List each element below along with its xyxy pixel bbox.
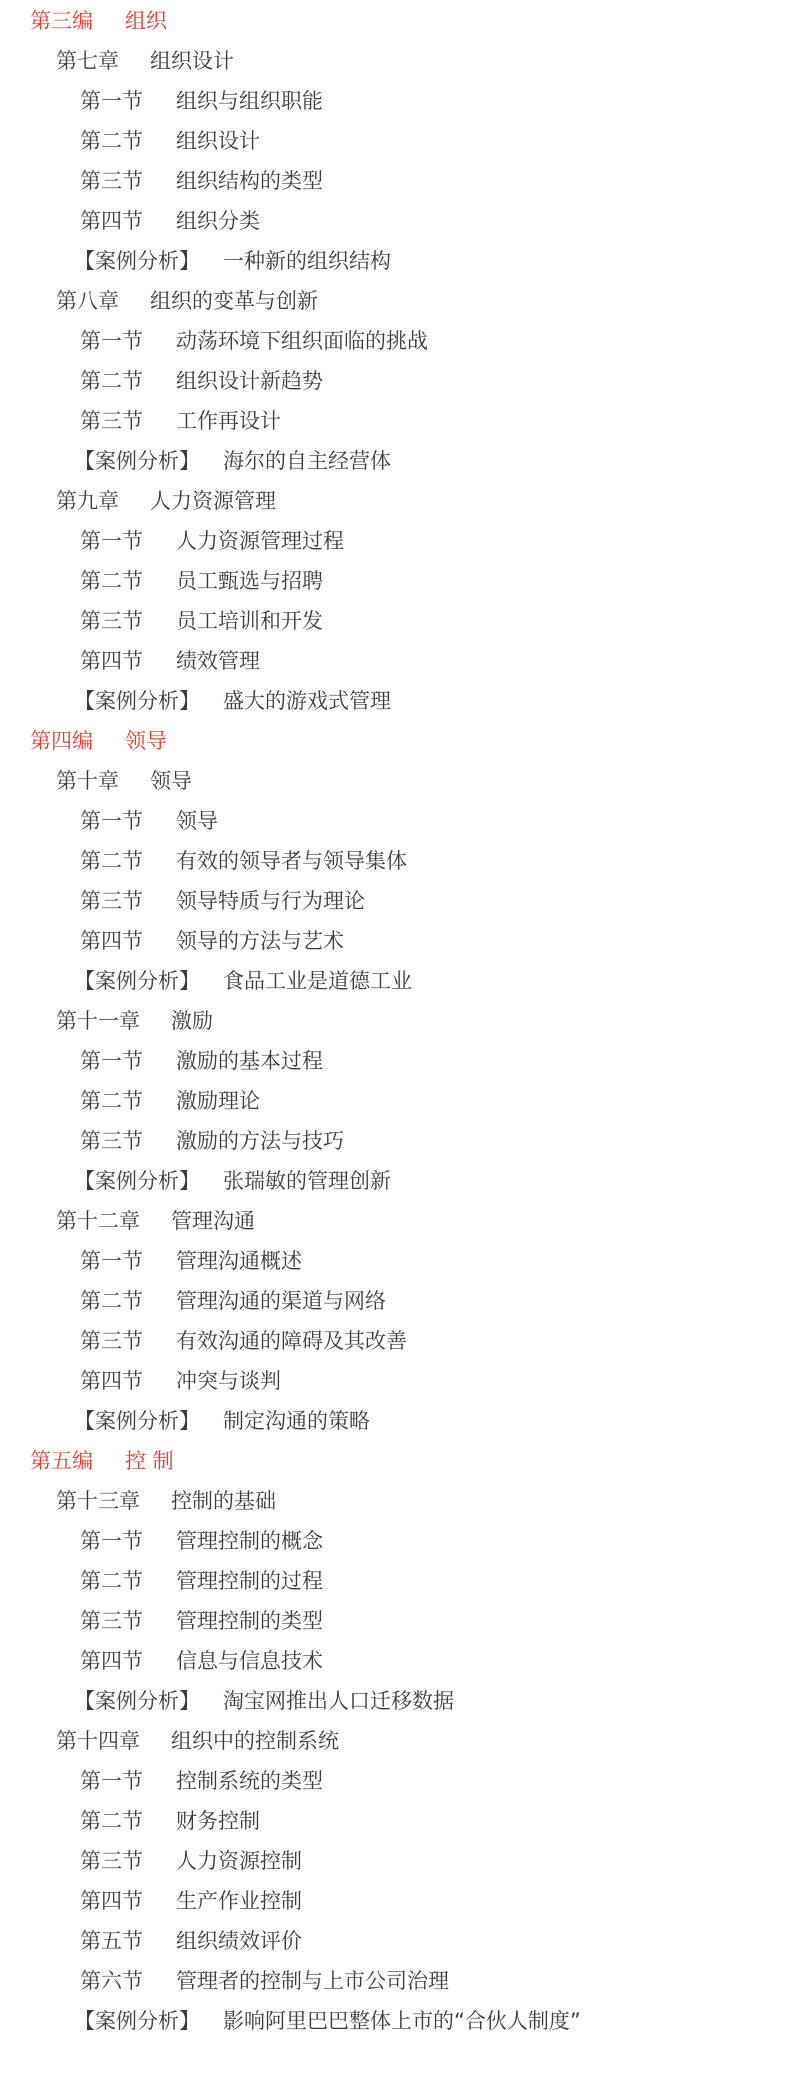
toc-line-title: 领导特质与行为理论 — [176, 885, 365, 915]
toc-line-title: 管理者的控制与上市公司治理 — [176, 1965, 449, 1995]
toc-line-label: 第四编 — [30, 725, 93, 755]
toc-line-title: 淘宝网推出人口迁移数据 — [223, 1685, 454, 1715]
toc-line-label: 【案例分析】 — [74, 1165, 200, 1195]
toc-line-title: 领导 — [176, 805, 218, 835]
toc-line-label: 第三编 — [30, 5, 93, 35]
toc-line-title: 激励理论 — [176, 1085, 260, 1115]
toc-line-label: 第一节 — [80, 1245, 143, 1275]
toc-line-label: 第四节 — [80, 1645, 143, 1675]
toc-line-title: 组织设计 — [150, 45, 234, 75]
toc-line-title: 组织设计 — [176, 125, 260, 155]
toc-line-label: 第一节 — [80, 85, 143, 115]
toc-line-title: 员工培训和开发 — [176, 605, 323, 635]
toc-line-title: 动荡环境下组织面临的挑战 — [176, 325, 428, 355]
toc-section-item: 第二节有效的领导者与领导集体 — [0, 840, 790, 880]
toc-section-item: 第四节冲突与谈判 — [0, 1360, 790, 1400]
toc-section-item: 第二节管理沟通的渠道与网络 — [0, 1280, 790, 1320]
toc-chapter-item: 第十二章管理沟通 — [0, 1200, 790, 1240]
toc-section-item: 第二节管理控制的过程 — [0, 1560, 790, 1600]
toc-chapter-item: 第十一章激励 — [0, 1000, 790, 1040]
toc-line-label: 第十三章 — [56, 1485, 140, 1515]
toc-line-label: 【案例分析】 — [74, 965, 200, 995]
toc-line-title: 一种新的组织结构 — [223, 245, 391, 275]
toc-line-label: 第二节 — [80, 1085, 143, 1115]
toc-line-label: 第四节 — [80, 205, 143, 235]
toc-line-title: 管理控制的类型 — [176, 1605, 323, 1635]
toc-line-title: 组织的变革与创新 — [150, 285, 318, 315]
toc-section-item: 第四节生产作业控制 — [0, 1880, 790, 1920]
toc-line-title: 控 制 — [125, 1445, 174, 1475]
toc-section-item: 第一节领导 — [0, 800, 790, 840]
toc-section-item: 第三节工作再设计 — [0, 400, 790, 440]
toc-line-label: 第二节 — [80, 1805, 143, 1835]
toc-line-label: 【案例分析】 — [74, 685, 200, 715]
toc-section-item: 第二节组织设计 — [0, 120, 790, 160]
toc-section-item: 第六节管理者的控制与上市公司治理 — [0, 1960, 790, 2000]
toc-line-title: 海尔的自主经营体 — [223, 445, 391, 475]
toc-section-item: 第五节组织绩效评价 — [0, 1920, 790, 1960]
toc-line-title: 有效沟通的障碍及其改善 — [176, 1325, 407, 1355]
toc-line-label: 第一节 — [80, 325, 143, 355]
toc-line-label: 第二节 — [80, 1285, 143, 1315]
toc-line-title: 组织分类 — [176, 205, 260, 235]
toc-line-title: 控制系统的类型 — [176, 1765, 323, 1795]
toc-line-label: 第一节 — [80, 1765, 143, 1795]
toc-line-label: 第一节 — [80, 525, 143, 555]
toc-chapter-item: 第八章组织的变革与创新 — [0, 280, 790, 320]
toc-chapter-item: 第十四章组织中的控制系统 — [0, 1720, 790, 1760]
toc-line-label: 第一节 — [80, 805, 143, 835]
toc-line-label: 第九章 — [56, 485, 119, 515]
toc-line-label: 【案例分析】 — [74, 1405, 200, 1435]
toc-section-item: 第四节领导的方法与艺术 — [0, 920, 790, 960]
toc-section-item: 第一节组织与组织职能 — [0, 80, 790, 120]
toc-line-title: 食品工业是道德工业 — [223, 965, 412, 995]
toc-section-item: 第二节财务控制 — [0, 1800, 790, 1840]
toc-section-item: 第一节人力资源管理过程 — [0, 520, 790, 560]
toc-line-title: 管理沟通 — [171, 1205, 255, 1235]
toc-line-label: 第四节 — [80, 1885, 143, 1915]
toc-line-label: 第八章 — [56, 285, 119, 315]
toc-line-label: 第三节 — [80, 1125, 143, 1155]
toc-line-title: 影响阿里巴巴整体上市的“合伙人制度” — [223, 2005, 581, 2035]
toc-line-label: 第二节 — [80, 845, 143, 875]
toc-section-item: 第三节领导特质与行为理论 — [0, 880, 790, 920]
toc-line-label: 【案例分析】 — [74, 2005, 200, 2035]
toc-part-header: 第五编控 制 — [0, 1440, 790, 1480]
toc-section-item: 第三节管理控制的类型 — [0, 1600, 790, 1640]
toc-line-title: 生产作业控制 — [176, 1885, 302, 1915]
toc-line-title: 人力资源控制 — [176, 1845, 302, 1875]
toc-section-item: 第二节组织设计新趋势 — [0, 360, 790, 400]
table-of-contents: 第三编组织第七章组织设计第一节组织与组织职能第二节组织设计第三节组织结构的类型第… — [0, 0, 790, 2040]
toc-line-label: 第一节 — [80, 1045, 143, 1075]
toc-line-label: 【案例分析】 — [74, 445, 200, 475]
toc-line-label: 第七章 — [56, 45, 119, 75]
toc-section-item: 第一节激励的基本过程 — [0, 1040, 790, 1080]
toc-line-label: 第二节 — [80, 125, 143, 155]
toc-line-title: 激励的方法与技巧 — [176, 1125, 344, 1155]
toc-section-item: 第一节控制系统的类型 — [0, 1760, 790, 1800]
toc-line-label: 第三节 — [80, 885, 143, 915]
toc-line-label: 【案例分析】 — [74, 245, 200, 275]
toc-line-label: 第四节 — [80, 645, 143, 675]
toc-line-title: 管理沟通概述 — [176, 1245, 302, 1275]
toc-line-label: 第三节 — [80, 1325, 143, 1355]
toc-line-label: 第五编 — [30, 1445, 93, 1475]
toc-line-title: 管理沟通的渠道与网络 — [176, 1285, 386, 1315]
toc-line-label: 第三节 — [80, 605, 143, 635]
toc-section-item: 第二节激励理论 — [0, 1080, 790, 1120]
toc-line-title: 有效的领导者与领导集体 — [176, 845, 407, 875]
toc-line-label: 第三节 — [80, 1605, 143, 1635]
toc-line-title: 工作再设计 — [176, 405, 281, 435]
toc-case-item: 【案例分析】制定沟通的策略 — [0, 1400, 790, 1440]
toc-line-title: 制定沟通的策略 — [223, 1405, 370, 1435]
toc-line-title: 信息与信息技术 — [176, 1645, 323, 1675]
toc-line-label: 第三节 — [80, 405, 143, 435]
toc-line-label: 第二节 — [80, 565, 143, 595]
toc-line-title: 领导 — [125, 725, 167, 755]
toc-case-item: 【案例分析】一种新的组织结构 — [0, 240, 790, 280]
toc-part-header: 第四编领导 — [0, 720, 790, 760]
toc-line-label: 第五节 — [80, 1925, 143, 1955]
toc-section-item: 第二节员工甄选与招聘 — [0, 560, 790, 600]
toc-section-item: 第一节管理沟通概述 — [0, 1240, 790, 1280]
toc-line-title: 组织 — [125, 5, 167, 35]
toc-section-item: 第四节组织分类 — [0, 200, 790, 240]
toc-line-title: 组织与组织职能 — [176, 85, 323, 115]
toc-line-title: 管理控制的过程 — [176, 1565, 323, 1595]
toc-case-item: 【案例分析】海尔的自主经营体 — [0, 440, 790, 480]
toc-part-header: 第三编组织 — [0, 0, 790, 40]
toc-line-title: 财务控制 — [176, 1805, 260, 1835]
toc-section-item: 第一节管理控制的概念 — [0, 1520, 790, 1560]
toc-chapter-item: 第十三章控制的基础 — [0, 1480, 790, 1520]
toc-section-item: 第三节人力资源控制 — [0, 1840, 790, 1880]
toc-line-label: 第十一章 — [56, 1005, 140, 1035]
toc-case-item: 【案例分析】张瑞敏的管理创新 — [0, 1160, 790, 1200]
toc-line-title: 组织绩效评价 — [176, 1925, 302, 1955]
toc-line-title: 冲突与谈判 — [176, 1365, 281, 1395]
toc-line-label: 第十二章 — [56, 1205, 140, 1235]
toc-line-label: 第十章 — [56, 765, 119, 795]
toc-line-title: 领导 — [150, 765, 192, 795]
toc-section-item: 第四节绩效管理 — [0, 640, 790, 680]
toc-line-title: 组织中的控制系统 — [171, 1725, 339, 1755]
toc-line-label: 第二节 — [80, 1565, 143, 1595]
toc-case-item: 【案例分析】盛大的游戏式管理 — [0, 680, 790, 720]
toc-line-label: 第三节 — [80, 165, 143, 195]
toc-line-label: 【案例分析】 — [74, 1685, 200, 1715]
toc-line-label: 第四节 — [80, 925, 143, 955]
toc-line-label: 第四节 — [80, 1365, 143, 1395]
toc-line-label: 第一节 — [80, 1525, 143, 1555]
toc-line-label: 第三节 — [80, 1845, 143, 1875]
toc-line-title: 员工甄选与招聘 — [176, 565, 323, 595]
toc-line-title: 激励的基本过程 — [176, 1045, 323, 1075]
toc-line-title: 控制的基础 — [171, 1485, 276, 1515]
toc-chapter-item: 第九章人力资源管理 — [0, 480, 790, 520]
toc-chapter-item: 第十章领导 — [0, 760, 790, 800]
toc-line-title: 盛大的游戏式管理 — [223, 685, 391, 715]
toc-line-title: 张瑞敏的管理创新 — [223, 1165, 391, 1195]
toc-section-item: 第一节动荡环境下组织面临的挑战 — [0, 320, 790, 360]
toc-line-title: 组织结构的类型 — [176, 165, 323, 195]
toc-line-label: 第六节 — [80, 1965, 143, 1995]
toc-section-item: 第三节有效沟通的障碍及其改善 — [0, 1320, 790, 1360]
toc-section-item: 第三节激励的方法与技巧 — [0, 1120, 790, 1160]
toc-line-title: 绩效管理 — [176, 645, 260, 675]
toc-case-item: 【案例分析】影响阿里巴巴整体上市的“合伙人制度” — [0, 2000, 790, 2040]
toc-case-item: 【案例分析】淘宝网推出人口迁移数据 — [0, 1680, 790, 1720]
toc-line-title: 领导的方法与艺术 — [176, 925, 344, 955]
toc-line-title: 人力资源管理过程 — [176, 525, 344, 555]
toc-line-title: 激励 — [171, 1005, 213, 1035]
toc-section-item: 第三节组织结构的类型 — [0, 160, 790, 200]
toc-line-title: 组织设计新趋势 — [176, 365, 323, 395]
toc-section-item: 第三节员工培训和开发 — [0, 600, 790, 640]
toc-line-label: 第十四章 — [56, 1725, 140, 1755]
toc-case-item: 【案例分析】食品工业是道德工业 — [0, 960, 790, 1000]
toc-line-title: 管理控制的概念 — [176, 1525, 323, 1555]
toc-line-title: 人力资源管理 — [150, 485, 276, 515]
toc-chapter-item: 第七章组织设计 — [0, 40, 790, 80]
toc-section-item: 第四节信息与信息技术 — [0, 1640, 790, 1680]
toc-line-label: 第二节 — [80, 365, 143, 395]
